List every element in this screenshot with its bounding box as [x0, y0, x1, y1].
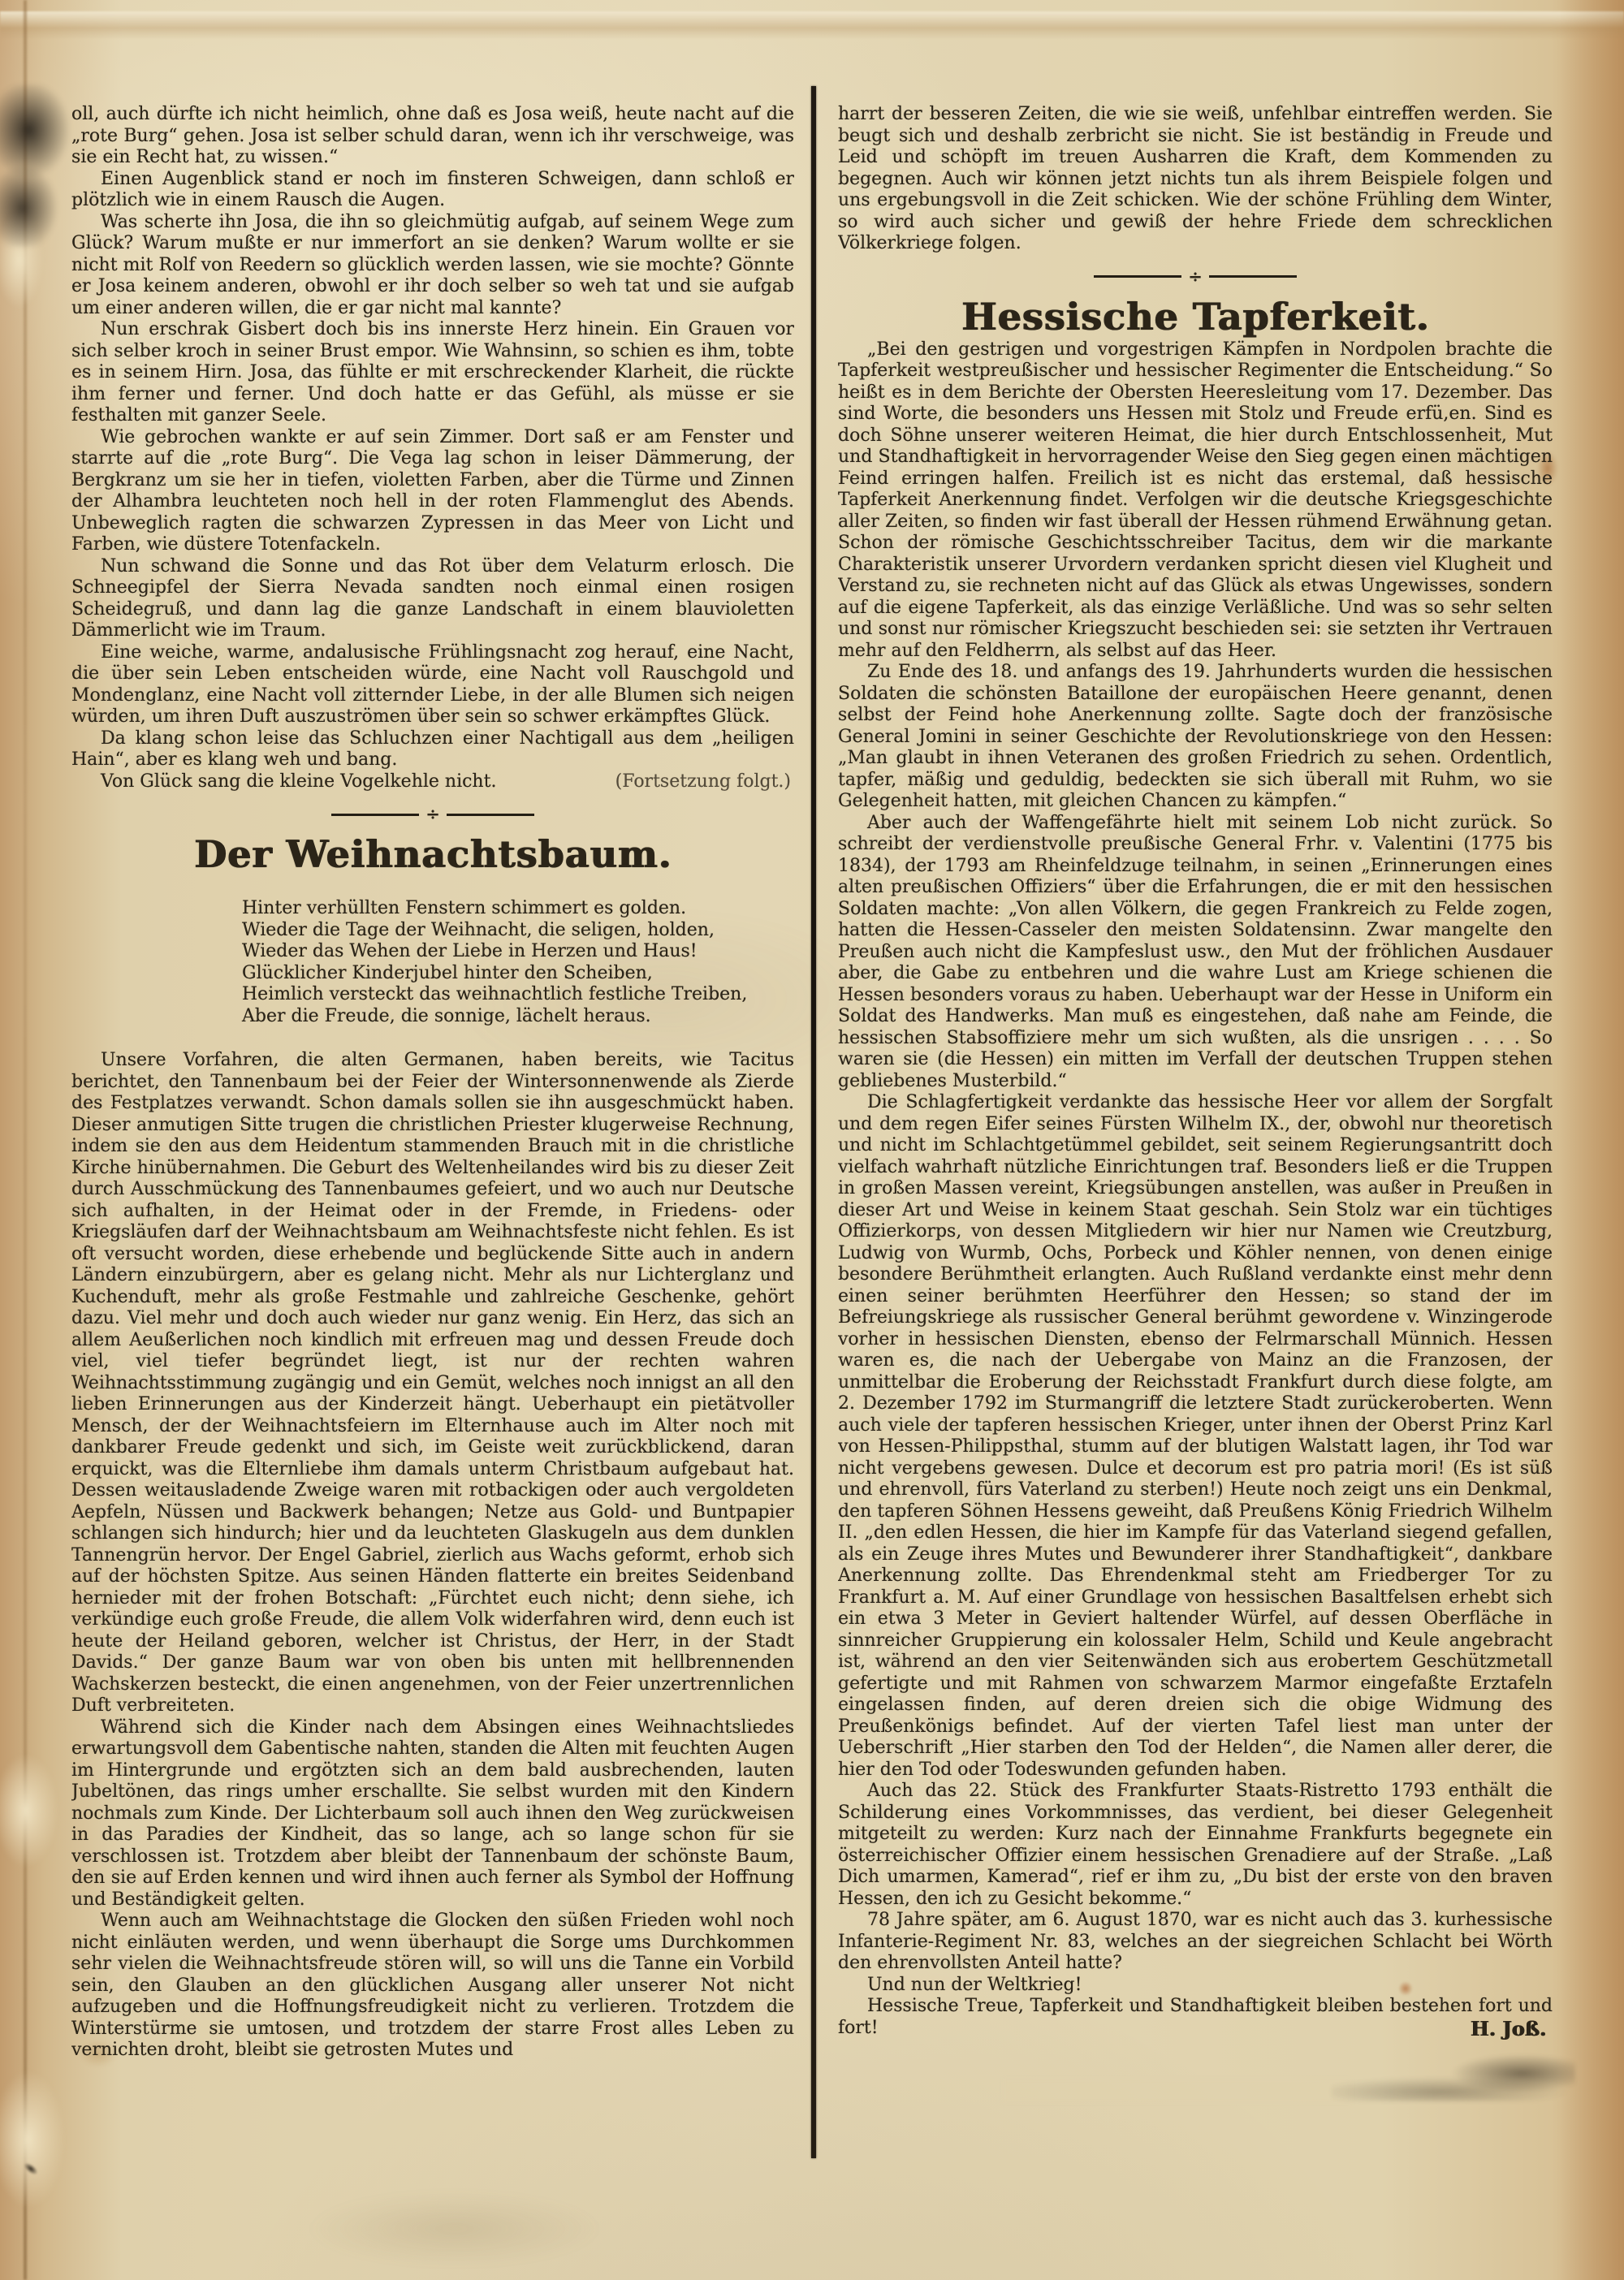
poem-line: Hinter verhüllten Fenstern schimmert es …: [242, 898, 794, 920]
signature-smear: [1332, 2023, 1575, 2101]
divider-line: [331, 814, 419, 816]
continuation-note: (Fortsetzung folgt.): [586, 771, 791, 793]
article-paragraph: Aber auch der Waffengefährte hielt mit s…: [838, 813, 1553, 1093]
paper-tear: [0, 2071, 65, 2209]
article-paragraph: Wenn auch am Weihnachtstage die Glocken …: [71, 1911, 794, 2062]
article-paragraph: Zu Ende des 18. und anfangs des 19. Jahr…: [838, 662, 1553, 813]
poem: Hinter verhüllten Fenstern schimmert es …: [242, 898, 794, 1027]
under-inked-patch: [1003, 2079, 1352, 2103]
divider-line: [1209, 275, 1297, 278]
article-paragraph: Und nun der Weltkrieg!: [838, 1975, 1553, 1997]
poem-line: Wieder die Tage der Weihnacht, die selig…: [242, 920, 794, 942]
poem-line: Glücklicher Kinderjubel hinter den Schei…: [242, 963, 794, 985]
article-paragraph: Die Schlagfertigkeit verdankte das hessi…: [838, 1092, 1553, 1781]
column-divider-rule: [811, 86, 816, 2158]
article-paragraph: Auch das 22. Stück des Frankfurter Staat…: [838, 1781, 1553, 1910]
article-paragraph: „Bei den gestrigen und vorgestrigen Kämp…: [838, 339, 1553, 663]
story-paragraph: Da klang schon leise das Schluchzen eine…: [71, 728, 794, 771]
section-divider: [71, 810, 794, 818]
page-edge-shade: [1559, 0, 1624, 2280]
article-paragraph: Unsere Vorfahren, die alten Germanen, ha…: [71, 1050, 794, 1717]
story-paragraph: Von Glück sang die kleine Vogelkehle nic…: [71, 771, 794, 793]
divider-line: [447, 814, 534, 816]
story-paragraph: Eine weiche, warme, andalusische Frühlin…: [71, 642, 794, 728]
story-paragraph: Einen Augenblick stand er noch im finste…: [71, 169, 794, 212]
paper-tear: [0, 1754, 58, 1868]
article-title-weihnachtsbaum: Der Weihnachtsbaum.: [71, 831, 794, 877]
story-last-line: Von Glück sang die kleine Vogelkehle nic…: [101, 771, 496, 792]
right-column: harrt der besseren Zeiten, die wie sie w…: [838, 104, 1553, 2215]
poem-line: Wieder das Wehen der Liebe in Herzen und…: [242, 941, 794, 963]
divider-ornament-icon: [425, 810, 440, 818]
ink-smudge: [0, 84, 81, 247]
paper-fold: [0, 11, 1624, 39]
story-paragraph: Wie gebrochen wankte er auf sein Zimmer.…: [71, 427, 794, 556]
divider-ornament-icon: [1188, 273, 1203, 281]
binding-crease: [24, 0, 27, 2280]
newspaper-page: oll, auch dürfte ich nicht heimlich, ohn…: [0, 0, 1624, 2280]
story-paragraph: Was scherte ihn Josa, die ihn so gleichm…: [71, 212, 794, 320]
article-title-hessische-tapferkeit: Hessische Tapferkeit.: [838, 294, 1553, 339]
article-paragraph: 78 Jahre später, am 6. August 1870, war …: [838, 1910, 1553, 1975]
divider-line: [1094, 275, 1181, 278]
story-paragraph: Nun schwand die Sonne und das Rot über d…: [71, 556, 794, 642]
section-divider: [838, 273, 1553, 281]
lead-paragraph: harrt der besseren Zeiten, die wie sie w…: [838, 104, 1553, 255]
left-column: oll, auch dürfte ich nicht heimlich, ohn…: [71, 104, 794, 2215]
article-paragraph: Während sich die Kinder nach dem Absinge…: [71, 1717, 794, 1911]
story-paragraph: Nun erschrak Gisbert doch bis ins inners…: [71, 319, 794, 427]
poem-line: Heimlich versteckt das weihnachtlich fes…: [242, 984, 794, 1006]
story-paragraph: oll, auch dürfte ich nicht heimlich, ohn…: [71, 104, 794, 169]
poem-line: Aber die Freude, die sonnige, lächelt he…: [242, 1006, 794, 1028]
